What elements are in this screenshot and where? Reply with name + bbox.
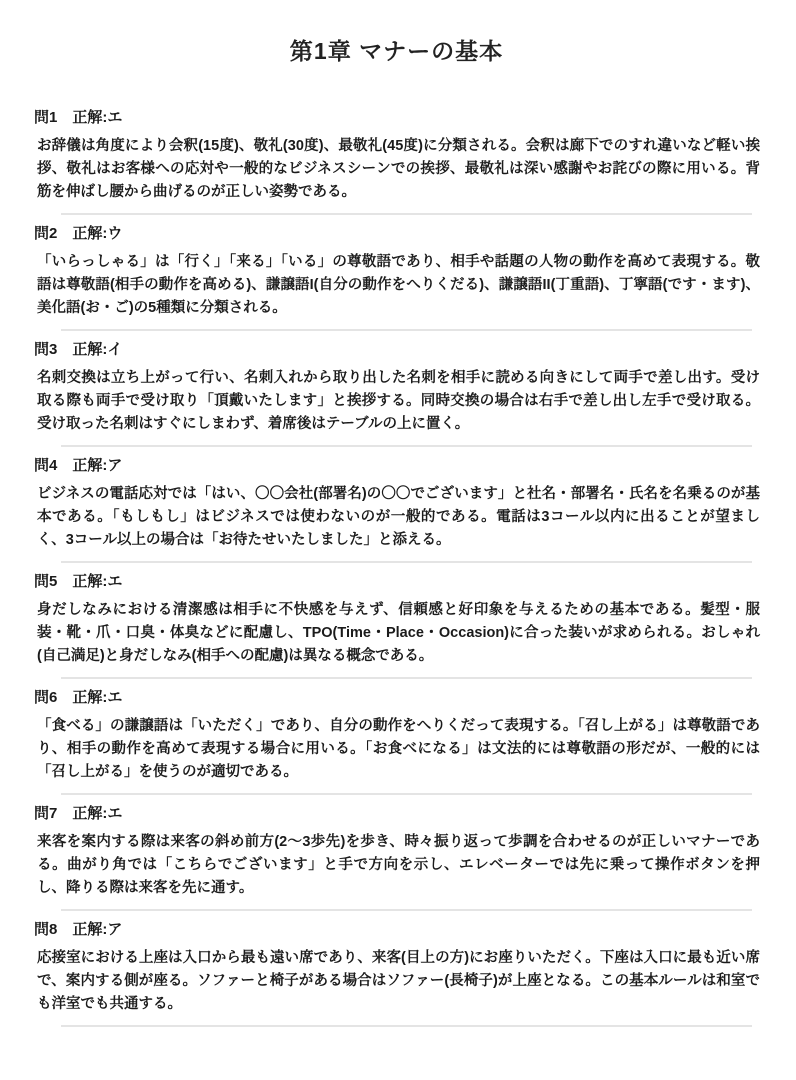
- question-header: 問1 正解:エ: [34, 108, 760, 128]
- question-header: 問8 正解:ア: [34, 920, 760, 940]
- question-result: 正解:エ: [72, 572, 122, 592]
- divider: [61, 445, 752, 447]
- divider: [61, 677, 752, 679]
- question-result: 正解:ア: [72, 456, 122, 476]
- divider: [61, 329, 752, 331]
- question-number: 問3: [34, 340, 57, 360]
- page-title: 第1章 マナーの基本: [33, 36, 760, 66]
- question-block: 問6 正解:エ 「食べる」の謙譲語は「いただく」であり、自分の動作をへりくだって…: [33, 688, 760, 795]
- question-number: 問4: [34, 456, 57, 476]
- question-block: 問1 正解:エ お辞儀は角度により会釈(15度)、敬礼(30度)、最敬礼(45度…: [33, 108, 760, 215]
- question-explanation: 名刺交換は立ち上がって行い、名刺入れから取り出した名刺を相手に読める向きにして両…: [37, 367, 760, 436]
- question-block: 問3 正解:イ 名刺交換は立ち上がって行い、名刺入れから取り出した名刺を相手に読…: [33, 340, 760, 447]
- question-block: 問8 正解:ア 応接室における上座は入口から最も遠い席であり、来客(目上の方)に…: [33, 920, 760, 1027]
- question-number: 問6: [34, 688, 57, 708]
- question-block: 問7 正解:エ 来客を案内する際は来客の斜め前方(2〜3歩先)を歩き、時々振り返…: [33, 804, 760, 911]
- question-header: 問2 正解:ウ: [34, 224, 760, 244]
- question-number: 問1: [34, 108, 57, 128]
- document-page: 第1章 マナーの基本 問1 正解:エ お辞儀は角度により会釈(15度)、敬礼(3…: [0, 0, 796, 1080]
- question-block: 問5 正解:エ 身だしなみにおける清潔感は相手に不快感を与えず、信頼感と好印象を…: [33, 572, 760, 679]
- divider: [61, 213, 752, 215]
- questions-list: 問1 正解:エ お辞儀は角度により会釈(15度)、敬礼(30度)、最敬礼(45度…: [33, 108, 760, 1027]
- question-result: 正解:エ: [72, 688, 122, 708]
- question-explanation: 来客を案内する際は来客の斜め前方(2〜3歩先)を歩き、時々振り返って歩調を合わせ…: [37, 831, 760, 900]
- divider: [61, 909, 752, 911]
- question-explanation: 身だしなみにおける清潔感は相手に不快感を与えず、信頼感と好印象を与えるための基本…: [37, 599, 760, 668]
- question-result: 正解:エ: [72, 108, 122, 128]
- question-header: 問3 正解:イ: [34, 340, 760, 360]
- question-result: 正解:エ: [72, 804, 122, 824]
- question-result: 正解:イ: [72, 340, 122, 360]
- question-block: 問2 正解:ウ 「いらっしゃる」は「行く」「来る」「いる」の尊敬語であり、相手や…: [33, 224, 760, 331]
- question-number: 問8: [34, 920, 57, 940]
- question-block: 問4 正解:ア ビジネスの電話応対では「はい、〇〇会社(部署名)の〇〇でございま…: [33, 456, 760, 563]
- question-header: 問6 正解:エ: [34, 688, 760, 708]
- question-result: 正解:ア: [72, 920, 122, 940]
- divider: [61, 1025, 752, 1027]
- question-explanation: 「食べる」の謙譲語は「いただく」であり、自分の動作をへりくだって表現する。「召し…: [37, 715, 760, 784]
- question-explanation: 応接室における上座は入口から最も遠い席であり、来客(目上の方)にお座りいただく。…: [37, 947, 760, 1016]
- question-number: 問5: [34, 572, 57, 592]
- divider: [61, 793, 752, 795]
- question-header: 問5 正解:エ: [34, 572, 760, 592]
- question-number: 問2: [34, 224, 57, 244]
- question-number: 問7: [34, 804, 57, 824]
- question-header: 問7 正解:エ: [34, 804, 760, 824]
- question-result: 正解:ウ: [72, 224, 122, 244]
- question-header: 問4 正解:ア: [34, 456, 760, 476]
- question-explanation: お辞儀は角度により会釈(15度)、敬礼(30度)、最敬礼(45度)に分類される。…: [37, 135, 760, 204]
- divider: [61, 561, 752, 563]
- question-explanation: 「いらっしゃる」は「行く」「来る」「いる」の尊敬語であり、相手や話題の人物の動作…: [37, 251, 760, 320]
- question-explanation: ビジネスの電話応対では「はい、〇〇会社(部署名)の〇〇でございます」と社名・部署…: [37, 483, 760, 552]
